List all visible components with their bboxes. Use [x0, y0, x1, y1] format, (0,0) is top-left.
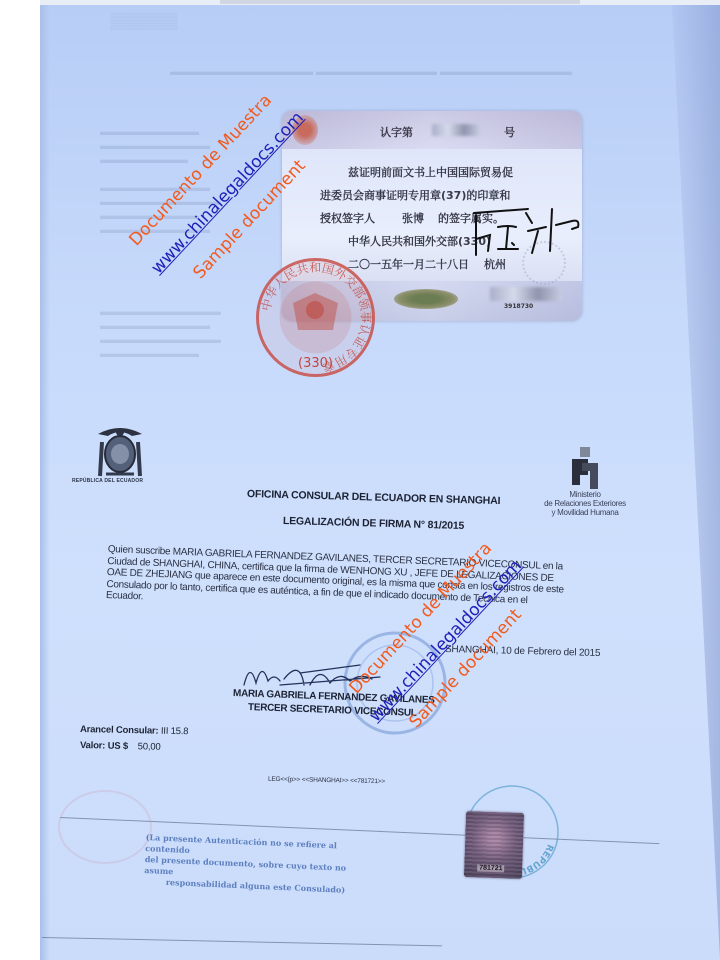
redacted-serial-barcode	[490, 287, 562, 301]
page-edge-shadow	[40, 5, 50, 960]
certificate-number-label: 认字第	[380, 124, 413, 140]
security-hologram-sticker: 781721	[464, 811, 524, 879]
security-seal-icon	[394, 289, 458, 309]
certificate-line-1: 兹证明前面文书上中国国际贸易促	[348, 164, 513, 180]
serial-tail: 3918730	[504, 303, 533, 310]
redacted-certificate-number	[432, 124, 480, 136]
ministry-label: Ministerio de Relaciones Exteriores y Mo…	[530, 490, 640, 517]
hologram-number: 781721	[477, 864, 505, 872]
value-amount: 50,00	[138, 741, 161, 752]
fee-amount: Valor: US $ 50,00	[80, 740, 161, 753]
handwritten-signature-chinese	[468, 205, 588, 260]
fee-label: Arancel Consular:	[80, 724, 159, 737]
fee-value: III 15.8	[161, 726, 189, 738]
certificate-number-suffix: 号	[504, 124, 515, 140]
chinese-mfa-red-stamp: 中华人民共和国外交部领事认证专用章 (330)	[253, 255, 378, 380]
consular-fee: Arancel Consular: III 15.8	[80, 724, 189, 737]
show-through-text: ▒▒▒▒▒▒	[110, 15, 178, 29]
value-label: Valor: US $	[80, 740, 128, 752]
page-fold-shadow	[660, 5, 720, 960]
show-through-text: ▬▬▬▬▬▬▬▬▬▬▬▬▬ ▬▬▬▬▬▬▬▬▬▬▬ ▬▬▬▬▬▬▬▬▬▬▬▬	[170, 65, 650, 79]
signatory-name: 张博	[402, 210, 424, 226]
ecuador-emblem-label: REPÚBLICA DEL ECUADOR	[72, 478, 143, 484]
stamp-code: (330)	[298, 356, 333, 371]
certificate-line-2: 进委员会商事证明专用章(37)的印章和	[320, 187, 510, 203]
certificate-line-3-prefix: 授权签字人	[320, 210, 375, 226]
ministry-logo-icon	[568, 445, 602, 491]
disclaimer-stamp: (La presente Autenticación no se refiere…	[144, 832, 376, 897]
faint-stamp-impression	[58, 790, 152, 864]
ecuador-coat-of-arms-icon	[78, 420, 162, 484]
